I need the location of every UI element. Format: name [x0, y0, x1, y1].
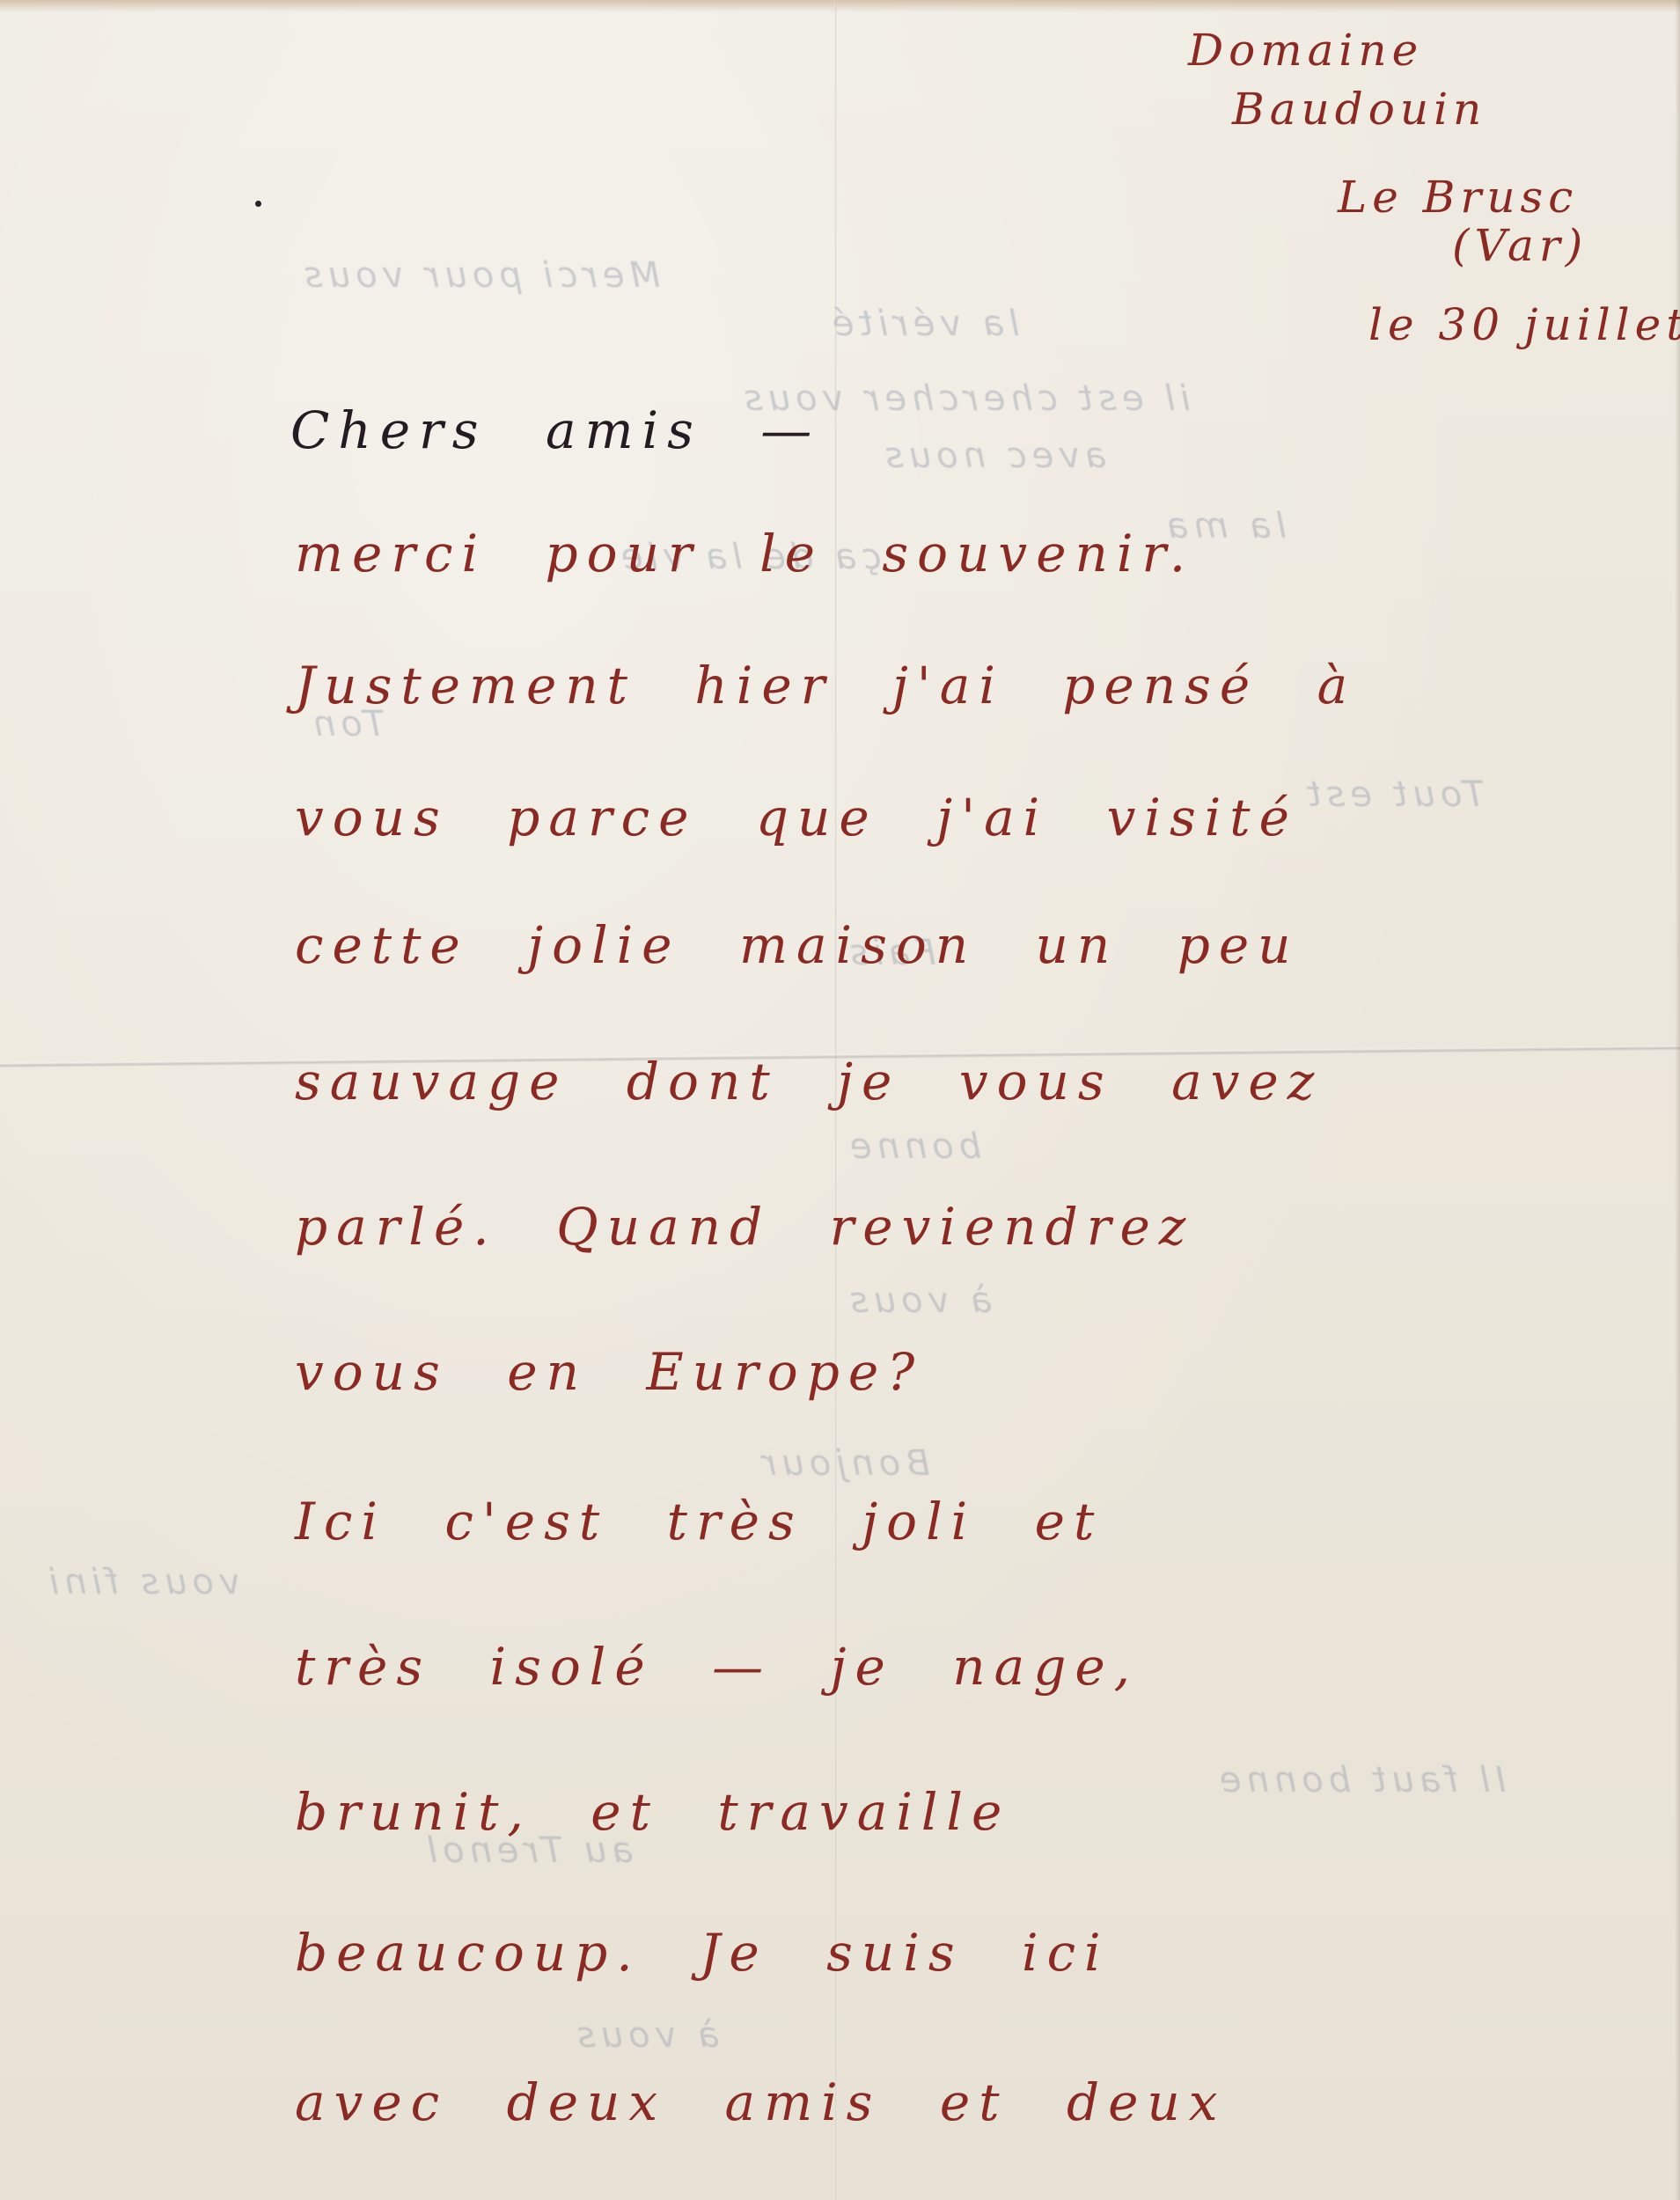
bleed-through-text: avec nous [880, 436, 1107, 476]
bleed-through-text: la vérité [827, 304, 1019, 344]
body-line: vous parce que j'ai visité [295, 788, 1298, 847]
bleed-through-text: bonne [845, 1126, 981, 1167]
header-region: (Var) [1452, 220, 1588, 271]
header-date: le 30 juillet [1368, 299, 1680, 350]
body-line: brunit, et travaille [295, 1782, 1010, 1842]
body-line: parlé. Quand reviendrez [295, 1197, 1194, 1257]
body-line: Justement hier j'ai pensé à [295, 656, 1356, 715]
bleed-through-text: Merci pour vous [299, 255, 660, 296]
body-line: merci pour le souvenir. [295, 524, 1194, 583]
paper-edge-stain [0, 0, 1680, 12]
body-line: très isolé — je nage, [295, 1637, 1139, 1697]
bleed-through-text: à vous [572, 2015, 720, 2056]
salutation: Chers amis — [290, 400, 820, 460]
body-line: sauvage dont je vous avez [295, 1052, 1323, 1111]
body-line: vous en Europe? [295, 1342, 923, 1402]
bleed-through-text: Il faut bonne [1214, 1760, 1506, 1800]
bleed-through-text: à vous [845, 1280, 993, 1321]
header-place: Le Brusc [1338, 172, 1578, 223]
letter-page: Merci pour vous la vérité il est cherche… [0, 0, 1680, 2200]
bleed-through-text: vous fini [44, 1562, 240, 1602]
bleed-through-text: Bonjour [757, 1443, 930, 1484]
bleed-through-text: Tout est [1302, 774, 1485, 815]
header-baudouin: Baudouin [1232, 84, 1486, 135]
body-line: Ici c'est très joli et [295, 1492, 1103, 1551]
body-line: cette jolie maison un peu [295, 915, 1300, 975]
ink-dot [255, 201, 261, 207]
body-line: avec deux amis et deux [295, 2072, 1226, 2132]
body-line: beaucoup. Je suis ici [295, 1923, 1110, 1983]
header-domaine: Domaine [1188, 25, 1423, 76]
